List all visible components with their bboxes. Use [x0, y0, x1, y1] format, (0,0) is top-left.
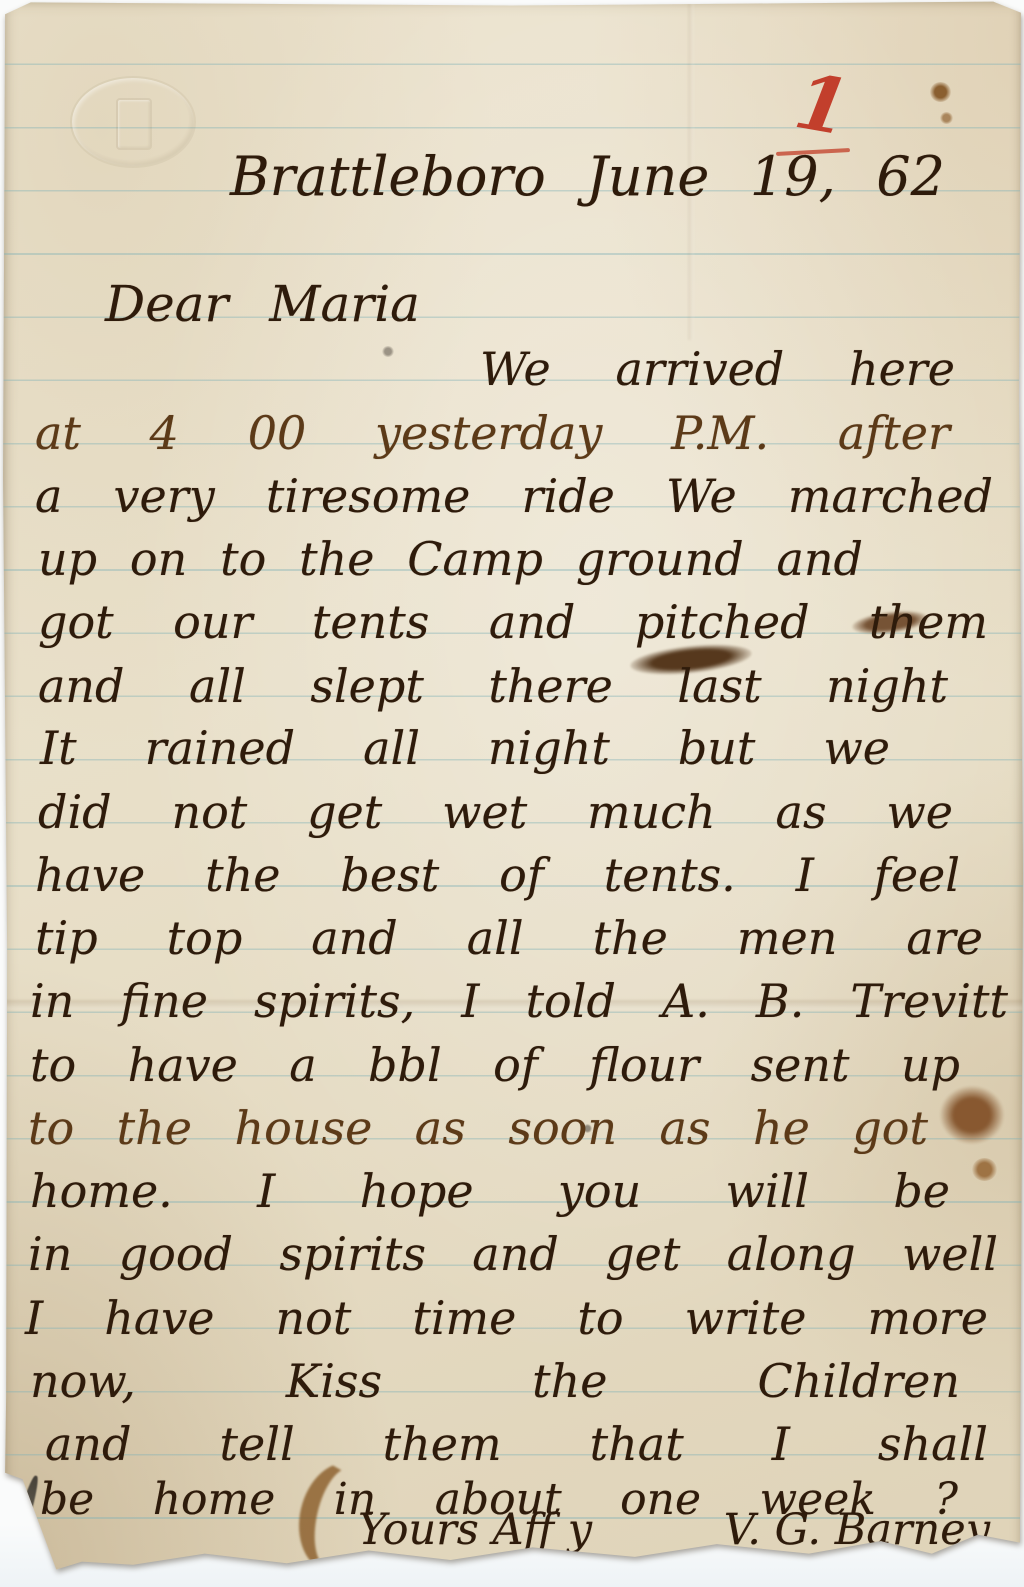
- handwritten-line: We arrived here: [480, 344, 955, 396]
- handwritten-line: to the house as soon as he got: [28, 1103, 928, 1155]
- handwritten-line: now, Kiss the Children: [30, 1356, 960, 1408]
- handwritten-line: home. I hope you will be: [30, 1166, 950, 1218]
- handwritten-line: a very tiresome ride We marched: [35, 471, 993, 523]
- handwritten-line: in fine spirits, I told A. B. Trevitt: [30, 976, 1008, 1028]
- stain-top-right-dot: [930, 82, 951, 102]
- stain-right-edge-dot: [972, 1158, 997, 1181]
- handwritten-line: I have not time to write more: [25, 1293, 988, 1345]
- embossed-stamp-icon: [70, 76, 196, 168]
- handwritten-line: up on to the Camp ground and: [38, 534, 863, 586]
- handwritten-line: and all slept there last night: [38, 661, 948, 713]
- scanned-letter-photo: 1 Brattleboro June 19, 62 Dear Maria We …: [0, 0, 1024, 1587]
- handwritten-line: did not get wet much as we: [38, 787, 953, 839]
- closing: Yours Aff y: [358, 1506, 592, 1554]
- handwritten-line: tip top and all the men are: [35, 913, 983, 965]
- handwritten-line: to have a bbl of flour sent up: [30, 1040, 960, 1092]
- corner-fold-mark: [6, 1474, 42, 1565]
- letter-paper: 1 Brattleboro June 19, 62 Dear Maria We …: [0, 0, 1024, 1587]
- stain-right-edge: [940, 1086, 1004, 1144]
- closing-line: Yours Aff y V. G. Barney: [358, 1506, 990, 1554]
- handwritten-line: and tell them that I shall: [45, 1419, 988, 1471]
- handwritten-line: have the best of tents. I feel: [35, 850, 960, 902]
- embossed-stamp-inner-shape: [116, 98, 152, 150]
- paper-shadow-wrap: 1 Brattleboro June 19, 62 Dear Maria We …: [0, 0, 1024, 1587]
- handwritten-line: at 4 00 yesterday P.M. after: [35, 408, 950, 460]
- gray-speck: [382, 346, 394, 357]
- handwritten-line: got our tents and pitched them: [38, 597, 988, 649]
- dateline: Brattleboro June 19, 62: [230, 147, 945, 207]
- stain-top-right-dot-small: [940, 112, 953, 124]
- signature: V. G. Barney: [724, 1506, 990, 1554]
- salutation: Dear Maria: [105, 276, 420, 332]
- handwritten-line: It rained all night but we: [40, 723, 890, 775]
- handwritten-line: in good spirits and get along well: [28, 1229, 998, 1281]
